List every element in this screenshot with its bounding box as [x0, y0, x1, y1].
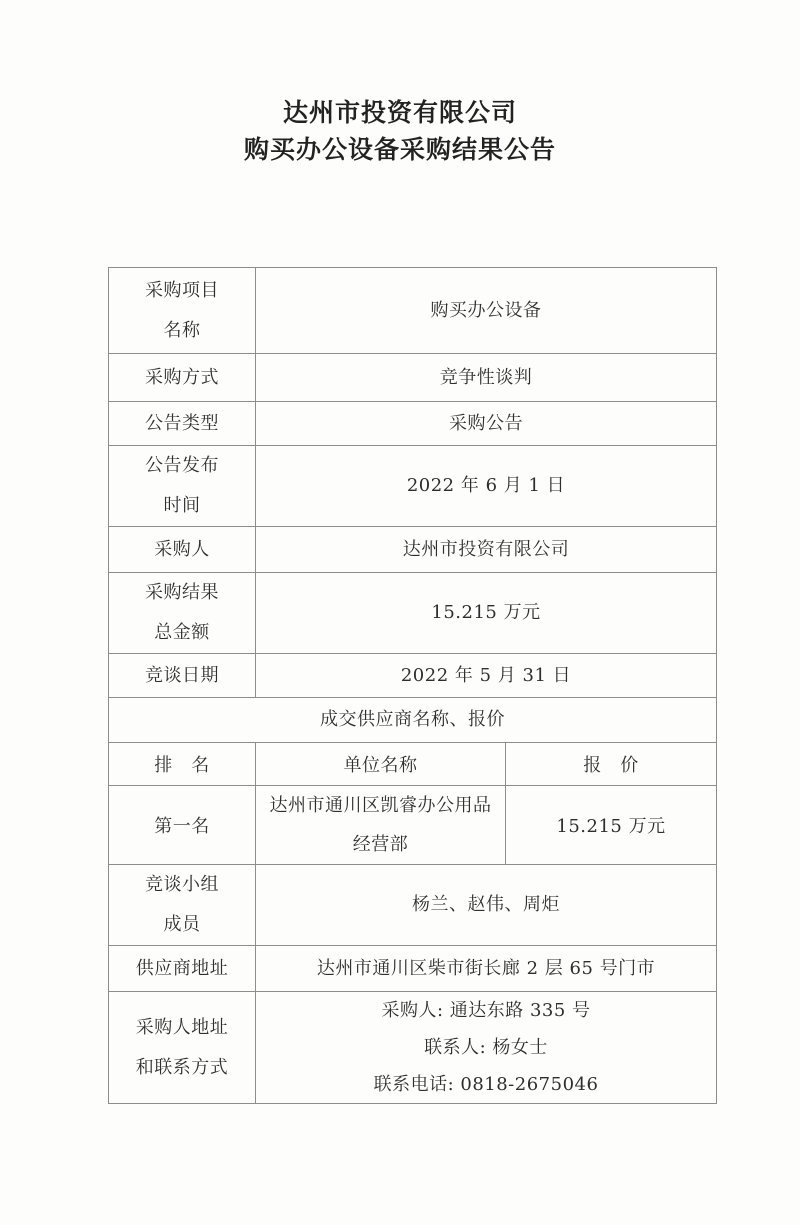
procurement-method-label: 采购方式	[109, 354, 256, 402]
project-name-value: 购买办公设备	[256, 268, 717, 354]
panel-members-value: 杨兰、赵伟、周炬	[256, 865, 717, 946]
purchaser-value: 达州市投资有限公司	[256, 527, 717, 573]
rank-column-header: 排 名	[109, 743, 256, 786]
page-title: 达州市投资有限公司 购买办公设备采购结果公告	[0, 94, 800, 168]
result-header-row: 排 名 单位名称 报 价	[109, 743, 717, 786]
total-amount-value: 15.215 万元	[256, 573, 717, 654]
procurement-method-value: 竞争性谈判	[256, 354, 717, 402]
project-name-label: 采购项目 名称	[109, 268, 256, 354]
result-row-first-place: 第一名 达州市通川区凯睿办公用品 经营部 15.215 万元	[109, 786, 717, 865]
row-project-name: 采购项目 名称 购买办公设备	[109, 268, 717, 354]
page-title-line1: 达州市投资有限公司	[0, 94, 800, 131]
total-amount-label: 采购结果 总金额	[109, 573, 256, 654]
panel-members-label: 竞谈小组 成员	[109, 865, 256, 946]
price-cell: 15.215 万元	[506, 786, 717, 865]
row-purchaser: 采购人 达州市投资有限公司	[109, 527, 717, 573]
supplier-address-value: 达州市通川区柴市街长廊 2 层 65 号门市	[256, 946, 717, 992]
row-notice-type: 公告类型 采购公告	[109, 402, 717, 446]
page-title-line2: 购买办公设备采购结果公告	[0, 131, 800, 168]
procurement-result-table: 采购项目 名称 购买办公设备 采购方式 竞争性谈判 公告类型 采购公告 公告发布…	[108, 267, 717, 1104]
row-publish-date: 公告发布 时间 2022 年 6 月 1 日	[109, 446, 717, 527]
company-column-header: 单位名称	[256, 743, 506, 786]
purchaser-contact-value: 采购人: 通达东路 335 号 联系人: 杨女士 联系电话: 0818-2675…	[256, 992, 717, 1104]
row-section-header: 成交供应商名称、报价	[109, 698, 717, 743]
notice-type-label: 公告类型	[109, 402, 256, 446]
row-negotiation-date: 竞谈日期 2022 年 5 月 31 日	[109, 654, 717, 698]
rank-cell: 第一名	[109, 786, 256, 865]
row-procurement-method: 采购方式 竞争性谈判	[109, 354, 717, 402]
purchaser-contact-label: 采购人地址 和联系方式	[109, 992, 256, 1104]
price-column-header: 报 价	[506, 743, 717, 786]
row-purchaser-contact: 采购人地址 和联系方式 采购人: 通达东路 335 号 联系人: 杨女士 联系电…	[109, 992, 717, 1104]
supplier-address-label: 供应商地址	[109, 946, 256, 992]
publish-date-value: 2022 年 6 月 1 日	[256, 446, 717, 527]
row-supplier-address: 供应商地址 达州市通川区柴市街长廊 2 层 65 号门市	[109, 946, 717, 992]
negotiation-date-label: 竞谈日期	[109, 654, 256, 698]
purchaser-label: 采购人	[109, 527, 256, 573]
row-panel-members: 竞谈小组 成员 杨兰、赵伟、周炬	[109, 865, 717, 946]
row-total-amount: 采购结果 总金额 15.215 万元	[109, 573, 717, 654]
winning-supplier-section-title: 成交供应商名称、报价	[109, 698, 717, 743]
company-cell: 达州市通川区凯睿办公用品 经营部	[256, 786, 506, 865]
publish-date-label: 公告发布 时间	[109, 446, 256, 527]
negotiation-date-value: 2022 年 5 月 31 日	[256, 654, 717, 698]
notice-type-value: 采购公告	[256, 402, 717, 446]
